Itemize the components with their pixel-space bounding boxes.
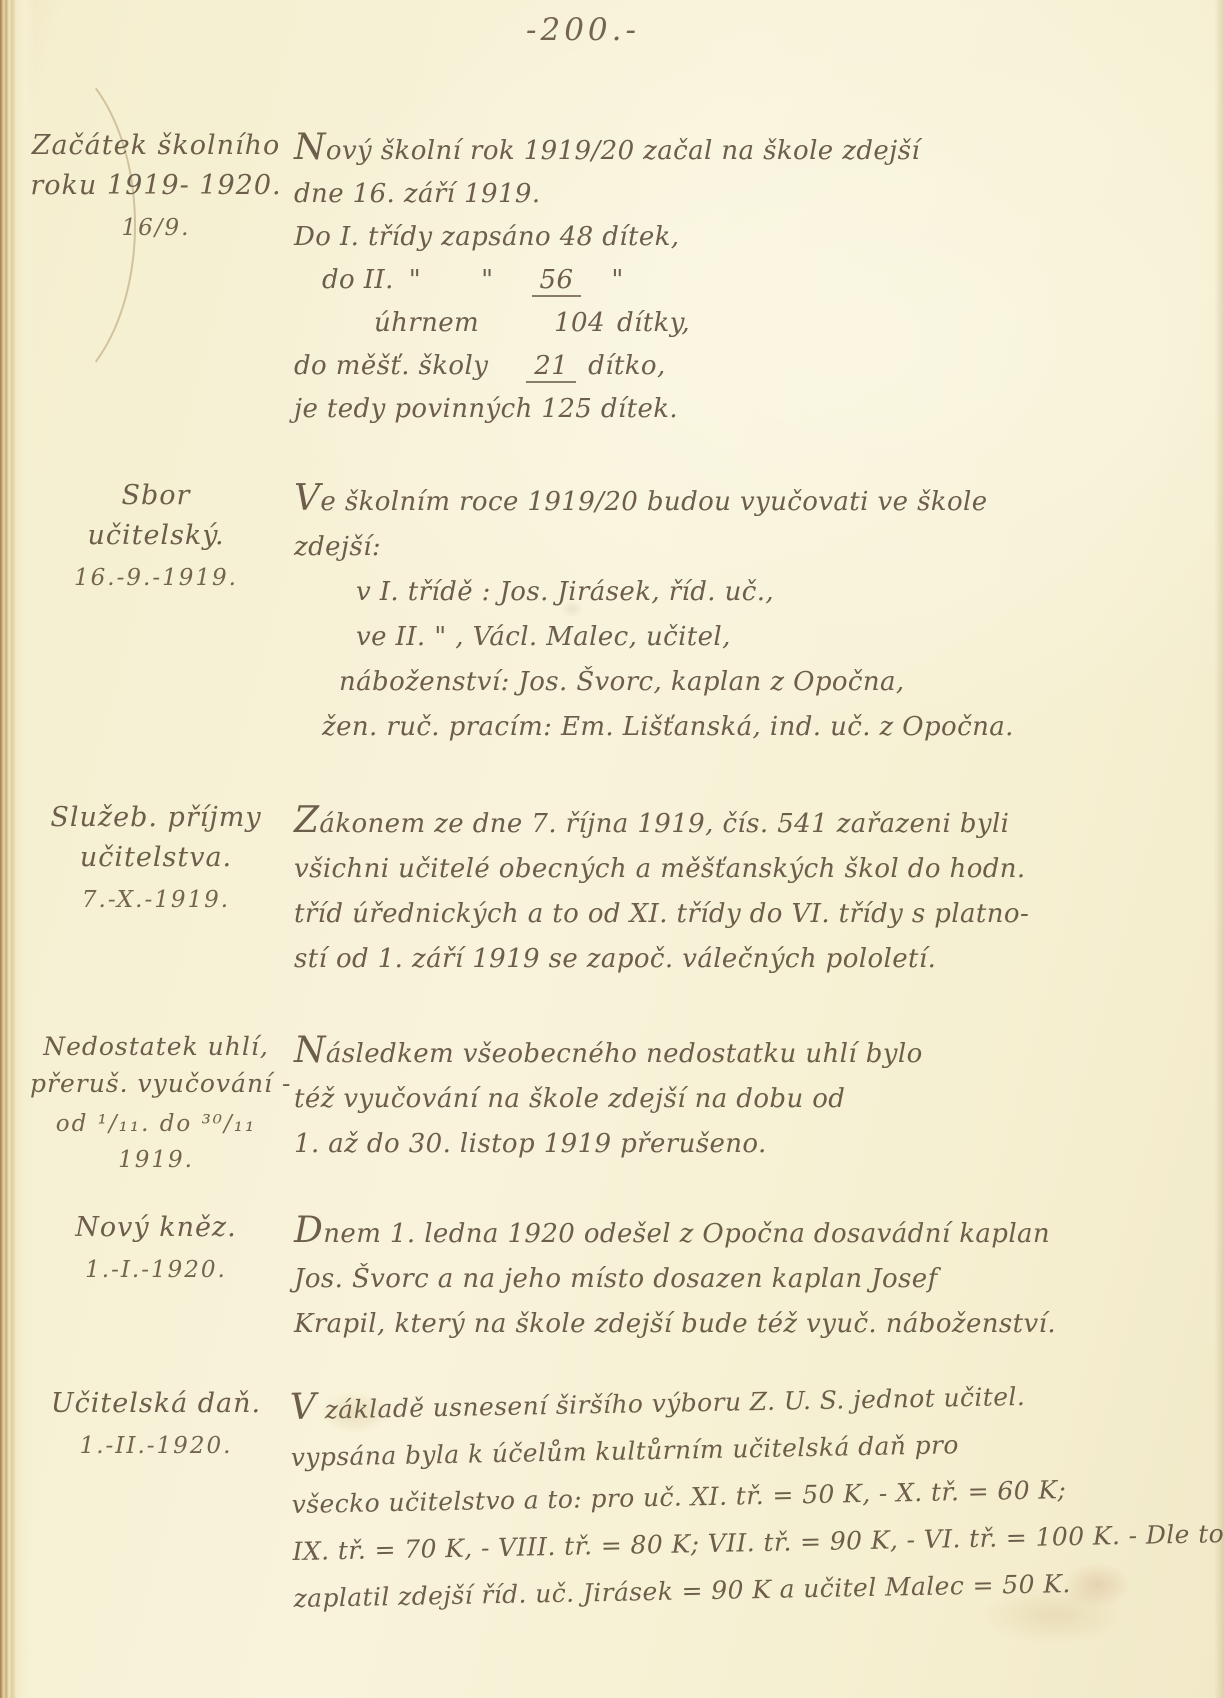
margin-heading-coal-shortage: Nedostatek uhlí, přeruš. vyučování - od … [30, 1028, 282, 1178]
body-line-religion-teacher: náboženství: Jos. Švorc, kaplan z Opočna… [294, 660, 1202, 705]
body-line: dne 16. září 1919. [294, 173, 1202, 216]
heading-line: Začátek školního [30, 126, 282, 166]
line-segment: dítky, [617, 308, 690, 338]
ditto-mark: " [409, 265, 421, 295]
body-line: zdejší: [294, 525, 1202, 570]
entry-teaching-staff: Sbor učitelský. 16.-9.-1919. Ve školním … [30, 476, 1202, 750]
ditto-mark: " [481, 265, 493, 295]
heading-line: Sbor [30, 476, 282, 516]
heading-date: 1.-II.-1920. [30, 1428, 282, 1464]
heading-line: učitelstva. [30, 838, 282, 878]
chronicle-page: -200.- Začátek školního roku 1919- 1920.… [0, 0, 1224, 1698]
entry-body: V základě usnesení širšího výboru Z. U. … [289, 1366, 1224, 1622]
entry-body: Ve školním roce 1919/20 budou vyučovati … [294, 476, 1202, 750]
heading-date: 16/9. [30, 210, 282, 246]
entry-teacher-salaries: Služeb. příjmy učitelstva. 7.-X.-1919. Z… [30, 798, 1202, 982]
body-line-handwork-teacher: žen. ruč. pracím: Em. Lišťanská, ind. uč… [294, 705, 1202, 750]
body-line: Dnem 1. ledna 1920 odešel z Opočna dosav… [294, 1208, 1202, 1257]
body-line: Ve školním roce 1919/20 budou vyučovati … [294, 476, 1202, 525]
body-line: stí od 1. září 1919 se započ. válečných … [294, 937, 1202, 982]
heading-line: Učitelská daň. [30, 1384, 282, 1424]
page-number: -200.- [0, 12, 1166, 48]
entry-coal-shortage: Nedostatek uhlí, přeruš. vyučování - od … [30, 1028, 1202, 1178]
underlined-count-class2: 56 [532, 265, 582, 297]
body-line-total-count: úhrnem104dítky, [294, 302, 1202, 345]
body-line: 1. až do 30. listop 1919 přerušeno. [294, 1122, 1202, 1167]
body-line-town-school-count: do měšť. školy21dítko, [294, 345, 1202, 388]
entry-body: Zákonem ze dne 7. října 1919, čís. 541 z… [294, 798, 1202, 982]
entry-school-year-start: Začátek školního roku 1919- 1920. 16/9. … [30, 126, 1202, 431]
body-line-teacher-class2: ve II. " , Václ. Malec, učitel, [294, 615, 1202, 660]
heading-line: přeruš. vyučování - [30, 1065, 282, 1102]
body-line: je tedy povinných 125 dítek. [294, 388, 1202, 431]
underlined-count-town-school: 21 [526, 351, 576, 383]
heading-date: od ¹/₁₁. do ³⁰/₁₁ 1919. [30, 1106, 282, 1178]
heading-line: Služeb. příjmy [30, 798, 282, 838]
ditto-mark: " [611, 265, 623, 295]
body-line: tříd úřednických a to od XI. třídy do VI… [294, 892, 1202, 937]
line-segment: do II. [322, 265, 394, 295]
body-line: též vyučování na škole zdejší na dobu od [294, 1077, 1202, 1122]
margin-heading-new-priest: Nový kněz. 1.-I.-1920. [30, 1208, 282, 1288]
entry-teacher-tax: Učitelská daň. 1.-II.-1920. V základě us… [30, 1384, 1202, 1622]
entry-body: Následkem všeobecného nedostatku uhlí by… [294, 1028, 1202, 1167]
line-segment: úhrnem [374, 308, 479, 338]
body-line: Krapil, který na škole zdejší bude též v… [294, 1302, 1202, 1347]
body-line-teacher-class1: v I. třídě : Jos. Jirásek, říd. uč., [294, 570, 1202, 615]
entry-body: Dnem 1. ledna 1920 odešel z Opočna dosav… [294, 1208, 1202, 1347]
heading-line: Nový kněz. [30, 1208, 282, 1248]
body-line: Následkem všeobecného nedostatku uhlí by… [294, 1028, 1202, 1077]
heading-date: 7.-X.-1919. [30, 882, 282, 918]
margin-heading-teacher-tax: Učitelská daň. 1.-II.-1920. [30, 1384, 282, 1464]
total-count: 104 [554, 308, 605, 338]
heading-date: 1.-I.-1920. [30, 1252, 282, 1288]
heading-line: učitelský. [30, 516, 282, 556]
body-line: Do I. třídy zapsáno 48 dítek, [294, 216, 1202, 259]
entry-body: Nový školní rok 1919/20 začal na škole z… [294, 126, 1202, 431]
heading-line: Nedostatek uhlí, [30, 1028, 282, 1065]
body-line: Jos. Švorc a na jeho místo dosazen kapla… [294, 1257, 1202, 1302]
body-line: všichni učitelé obecných a měšťanských š… [294, 847, 1202, 892]
heading-date: 16.-9.-1919. [30, 560, 282, 596]
line-segment: dítko, [588, 351, 665, 381]
body-line-class2-count: do II.""56" [294, 259, 1202, 302]
entry-new-priest: Nový kněz. 1.-I.-1920. Dnem 1. ledna 192… [30, 1208, 1202, 1347]
body-line: Nový školní rok 1919/20 začal na škole z… [294, 126, 1202, 173]
margin-heading-school-year: Začátek školního roku 1919- 1920. 16/9. [30, 126, 282, 246]
line-segment: do měšť. školy [294, 351, 488, 381]
margin-heading-teacher-salaries: Služeb. příjmy učitelstva. 7.-X.-1919. [30, 798, 282, 918]
body-line: Zákonem ze dne 7. října 1919, čís. 541 z… [294, 798, 1202, 847]
heading-line: roku 1919- 1920. [30, 166, 282, 206]
margin-heading-teaching-staff: Sbor učitelský. 16.-9.-1919. [30, 476, 282, 596]
